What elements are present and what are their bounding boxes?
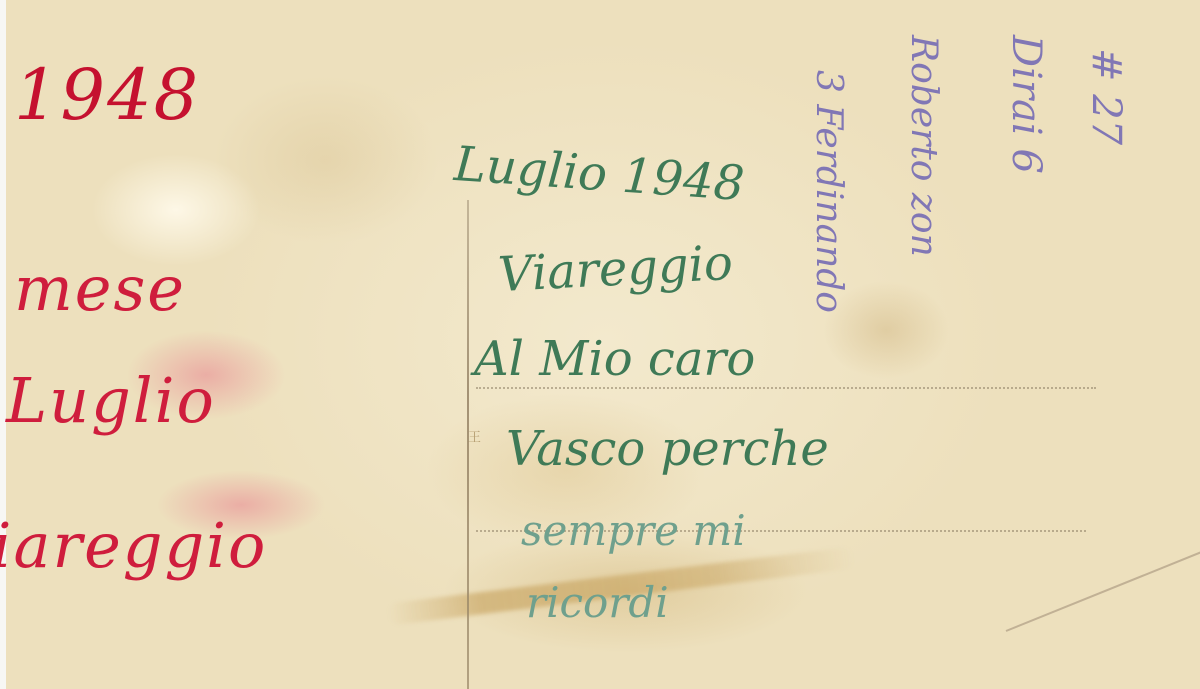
message-place: Viareggio (497, 239, 734, 299)
message-line-4: Vasco perche (506, 425, 829, 473)
left-note-place: Viareggio (0, 515, 267, 577)
left-note-month-label: mese (14, 258, 186, 320)
address-line (476, 387, 1096, 389)
postcard-back: 王 1948 mese Luglio Viareggio Luglio 1948… (0, 0, 1200, 689)
pencil-note-3: 3 Ferdinando (810, 70, 846, 313)
printed-mark: 王 (452, 430, 482, 480)
pencil-note-2: Roberto zon (905, 35, 941, 257)
message-line-6: ricordi (526, 582, 669, 624)
message-line-5: sempre mi (521, 510, 746, 552)
message-date: Luglio 1948 (453, 140, 746, 208)
message-greeting: Al Mio caro (474, 335, 755, 383)
left-note-year: 1948 (14, 60, 200, 130)
paper-crease (1006, 551, 1200, 632)
left-note-month: Luglio (6, 370, 216, 432)
pencil-number: # 27 (1086, 48, 1126, 145)
pencil-note-1: Dirai 6 (1006, 35, 1046, 174)
